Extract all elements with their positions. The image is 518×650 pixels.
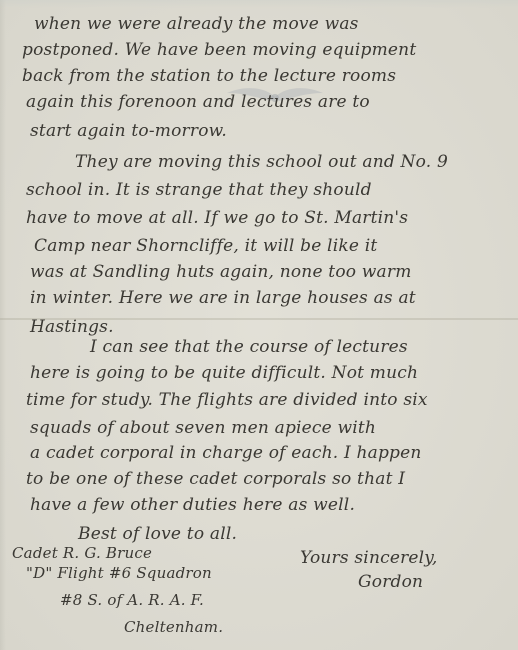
letter-line: They are moving this school out and No. … — [75, 152, 448, 172]
letter-line: here is going to be quite difficult. Not… — [30, 363, 418, 383]
letter-line: back from the station to the lecture roo… — [22, 66, 396, 86]
letter-line: time for study. The flights are divided … — [26, 390, 428, 410]
letter-line: postponed. We have been moving equipment — [22, 40, 416, 60]
letter-page: when we were already the move was postpo… — [0, 0, 518, 650]
signature: Gordon — [358, 572, 423, 592]
letter-line: in winter. Here we are in large houses a… — [30, 288, 416, 308]
letter-line: was at Sandling huts again, none too war… — [30, 262, 412, 282]
letter-line: to be one of these cadet corporals so th… — [26, 469, 405, 489]
letter-line: have a few other duties here as well. — [30, 495, 355, 515]
letter-line: again this forenoon and lectures are to — [26, 92, 370, 112]
closing-best-wishes: Best of love to all. — [78, 524, 237, 544]
return-address-name: Cadet R. G. Bruce — [12, 543, 152, 563]
letter-line: a cadet corporal in charge of each. I ha… — [30, 443, 422, 463]
closing-valediction: Yours sincerely, — [300, 548, 437, 568]
letter-line: school in. It is strange that they shoul… — [26, 180, 372, 200]
letter-line: Hastings. — [30, 317, 114, 337]
return-address-town: Cheltenham. — [124, 617, 223, 637]
letter-line: have to move at all. If we go to St. Mar… — [26, 208, 408, 228]
letter-line: squads of about seven men apiece with — [30, 418, 376, 438]
letter-line: start again to-morrow. — [30, 121, 227, 141]
letter-line: when we were already the move was — [34, 14, 359, 34]
letter-line: Camp near Shorncliffe, it will be like i… — [34, 236, 377, 256]
return-address-school: #8 S. of A. R. A. F. — [60, 590, 204, 610]
letter-line: I can see that the course of lectures — [90, 337, 408, 357]
return-address-flight: "D" Flight #6 Squadron — [26, 563, 212, 583]
